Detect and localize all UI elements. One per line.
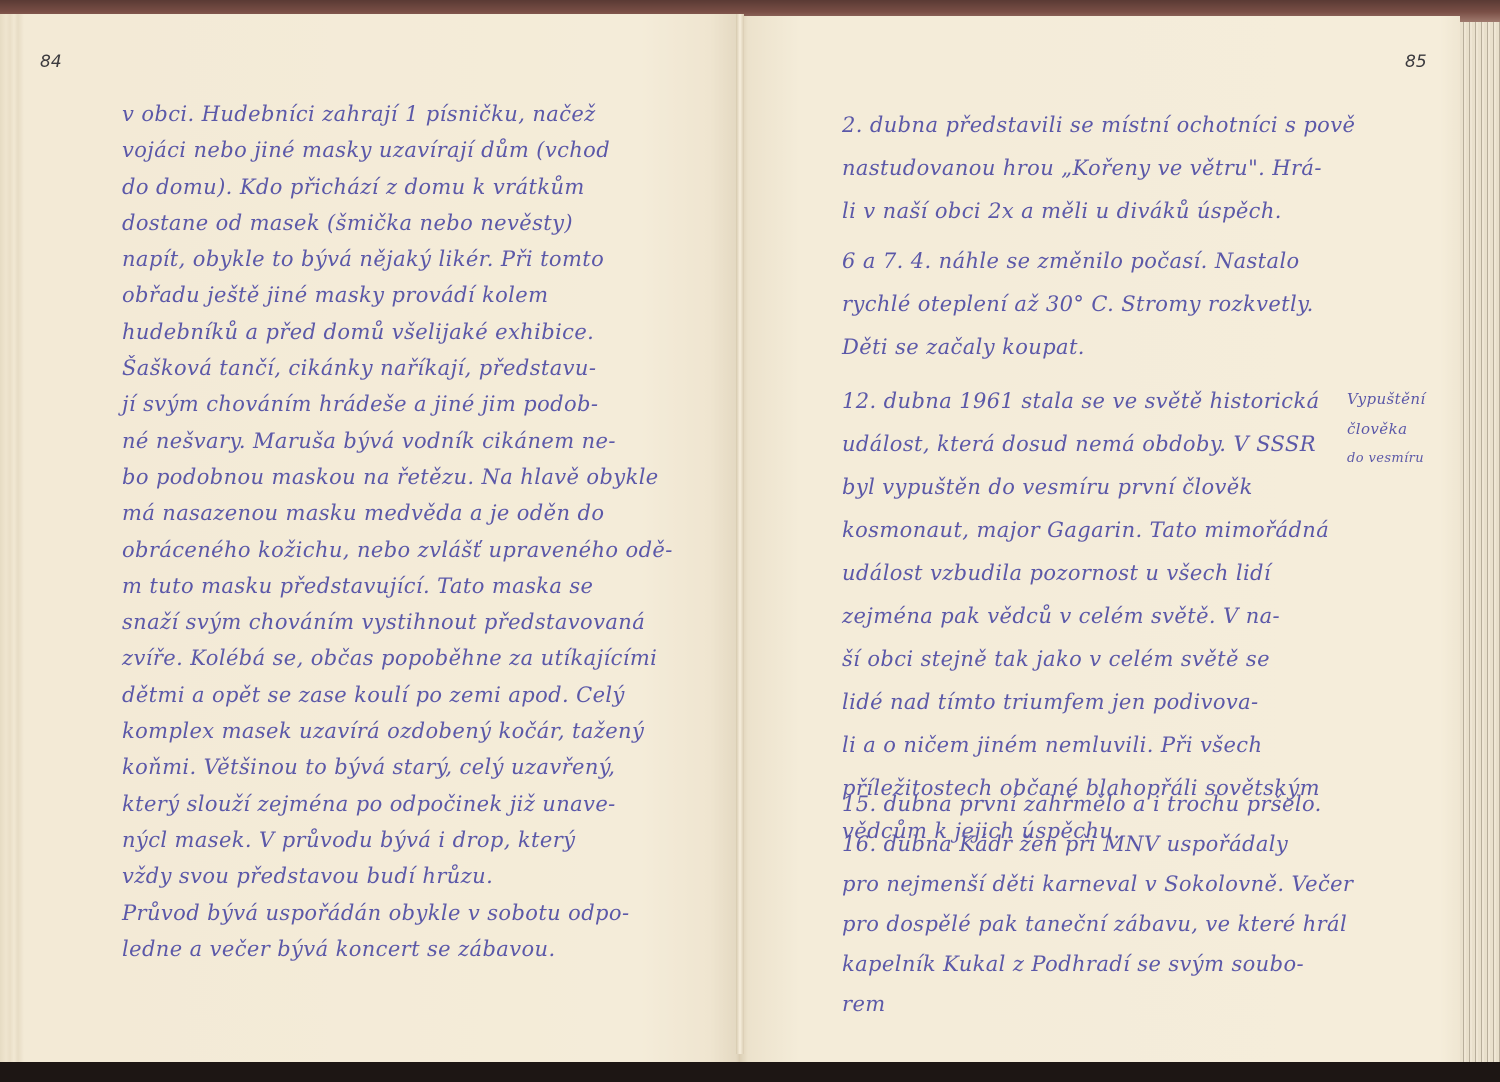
- chronicle-entry-april-15-16: 15. dubna první zahřmělo a i trochu prše…: [842, 784, 1342, 1024]
- text-line: pro nejmenší děti karneval v Sokolovně. …: [842, 864, 1342, 904]
- text-line: 12. dubna 1961 stala se ve světě histori…: [842, 380, 1342, 423]
- text-line: jí svým chováním hrádeše a jiné jim podo…: [122, 386, 722, 422]
- text-line: komplex masek uzavírá ozdobený kočár, ta…: [122, 713, 722, 749]
- text-line: vždy svou představou budí hrůzu.: [122, 858, 722, 894]
- text-line: zejména pak vědců v celém světě. V na-: [842, 595, 1342, 638]
- text-line: byl vypuštěn do vesmíru první člověk: [842, 466, 1342, 509]
- page-number-right: 85: [1405, 52, 1427, 72]
- margin-note-line: člověka: [1347, 414, 1467, 444]
- text-line: Šašková tančí, cikánky naříkají, předsta…: [122, 350, 722, 386]
- text-line: ledne a večer bývá koncert se zábavou.: [122, 931, 722, 967]
- text-line: pro dospělé pak taneční zábavu, ve které…: [842, 904, 1342, 944]
- text-line: m tuto masku představující. Tato maska s…: [122, 568, 722, 604]
- text-line: vojáci nebo jiné masky uzavírají dům (vc…: [122, 132, 722, 168]
- page-number-left: 84: [40, 52, 62, 72]
- text-line: dětmi a opět se zase koulí po zemi apod.…: [122, 677, 722, 713]
- page-edges: [1460, 22, 1500, 1064]
- text-line: napít, obykle to bývá nějaký likér. Při …: [122, 241, 722, 277]
- text-line: lidé nad tímto triumfem jen podivova-: [842, 681, 1342, 724]
- text-line: 16. dubna Kádr žen při MNV uspořádaly: [842, 824, 1342, 864]
- text-line: Děti se začaly koupat.: [842, 326, 1342, 369]
- text-line: obráceného kožichu, nebo zvlášť upravené…: [122, 532, 722, 568]
- text-line: do domu). Kdo přichází z domu k vrátkům: [122, 169, 722, 205]
- text-line: li v naší obci 2x a měli u diváků úspěch…: [842, 190, 1342, 233]
- text-line: Průvod bývá uspořádán obykle v sobotu od…: [122, 895, 722, 931]
- text-line: li a o ničem jiném nemluvili. Při všech: [842, 724, 1342, 767]
- text-line: v obci. Hudebníci zahrají 1 písničku, na…: [122, 96, 722, 132]
- text-line: má nasazenou masku medvěda a je oděn do: [122, 495, 722, 531]
- text-line: událost vzbudila pozornost u všech lidí: [842, 552, 1342, 595]
- text-line: 15. dubna první zahřmělo a i trochu prše…: [842, 784, 1342, 824]
- text-line: událost, která dosud nemá obdoby. V SSSR: [842, 423, 1342, 466]
- text-line: koňmi. Většinou to bývá starý, celý uzav…: [122, 749, 722, 785]
- chronicle-entry-april-12-gagarin: 12. dubna 1961 stala se ve světě histori…: [842, 380, 1342, 853]
- text-line: 2. dubna představili se místní ochotníci…: [842, 104, 1342, 147]
- chronicle-entry-april-2: 2. dubna představili se místní ochotníci…: [842, 104, 1342, 233]
- left-page-text: v obci. Hudebníci zahrají 1 písničku, na…: [122, 96, 722, 967]
- text-line: snaží svým chováním vystihnout představo…: [122, 604, 722, 640]
- text-line: dostane od masek (šmička nebo nevěsty): [122, 205, 722, 241]
- margin-note: Vypuštění člověka do vesmíru: [1347, 384, 1467, 474]
- text-line: ší obci stejně tak jako v celém světě se: [842, 638, 1342, 681]
- text-line: kosmonaut, major Gagarin. Tato mimořádná: [842, 509, 1342, 552]
- book-cover-bottom-edge: [0, 1062, 1500, 1082]
- text-line: zvíře. Kolébá se, občas popoběhne za utí…: [122, 640, 722, 676]
- text-line: kapelník Kukal z Podhradí se svým soubo-: [842, 944, 1342, 984]
- text-line: obřadu ještě jiné masky provádí kolem: [122, 277, 722, 313]
- text-line: nastudovanou hrou „Kořeny ve větru". Hrá…: [842, 147, 1342, 190]
- text-line: né nešvary. Maruša bývá vodník cikánem n…: [122, 423, 722, 459]
- text-line: rychlé oteplení až 30° C. Stromy rozkvet…: [842, 283, 1342, 326]
- margin-note-line: Vypuštění: [1347, 384, 1467, 414]
- text-line: který slouží zejména po odpočinek již un…: [122, 786, 722, 822]
- text-line: nýcl masek. V průvodu bývá i drop, který: [122, 822, 722, 858]
- text-line: hudebníků a před domů všelijaké exhibice…: [122, 314, 722, 350]
- text-line: bo podobnou maskou na řetězu. Na hlavě o…: [122, 459, 722, 495]
- book-gutter: [736, 14, 744, 1054]
- text-line: 6 a 7. 4. náhle se změnilo počasí. Nasta…: [842, 240, 1342, 283]
- chronicle-entry-april-6-7: 6 a 7. 4. náhle se změnilo počasí. Nasta…: [842, 240, 1342, 369]
- text-line: rem: [842, 984, 1342, 1024]
- margin-note-line: do vesmíru: [1347, 444, 1467, 474]
